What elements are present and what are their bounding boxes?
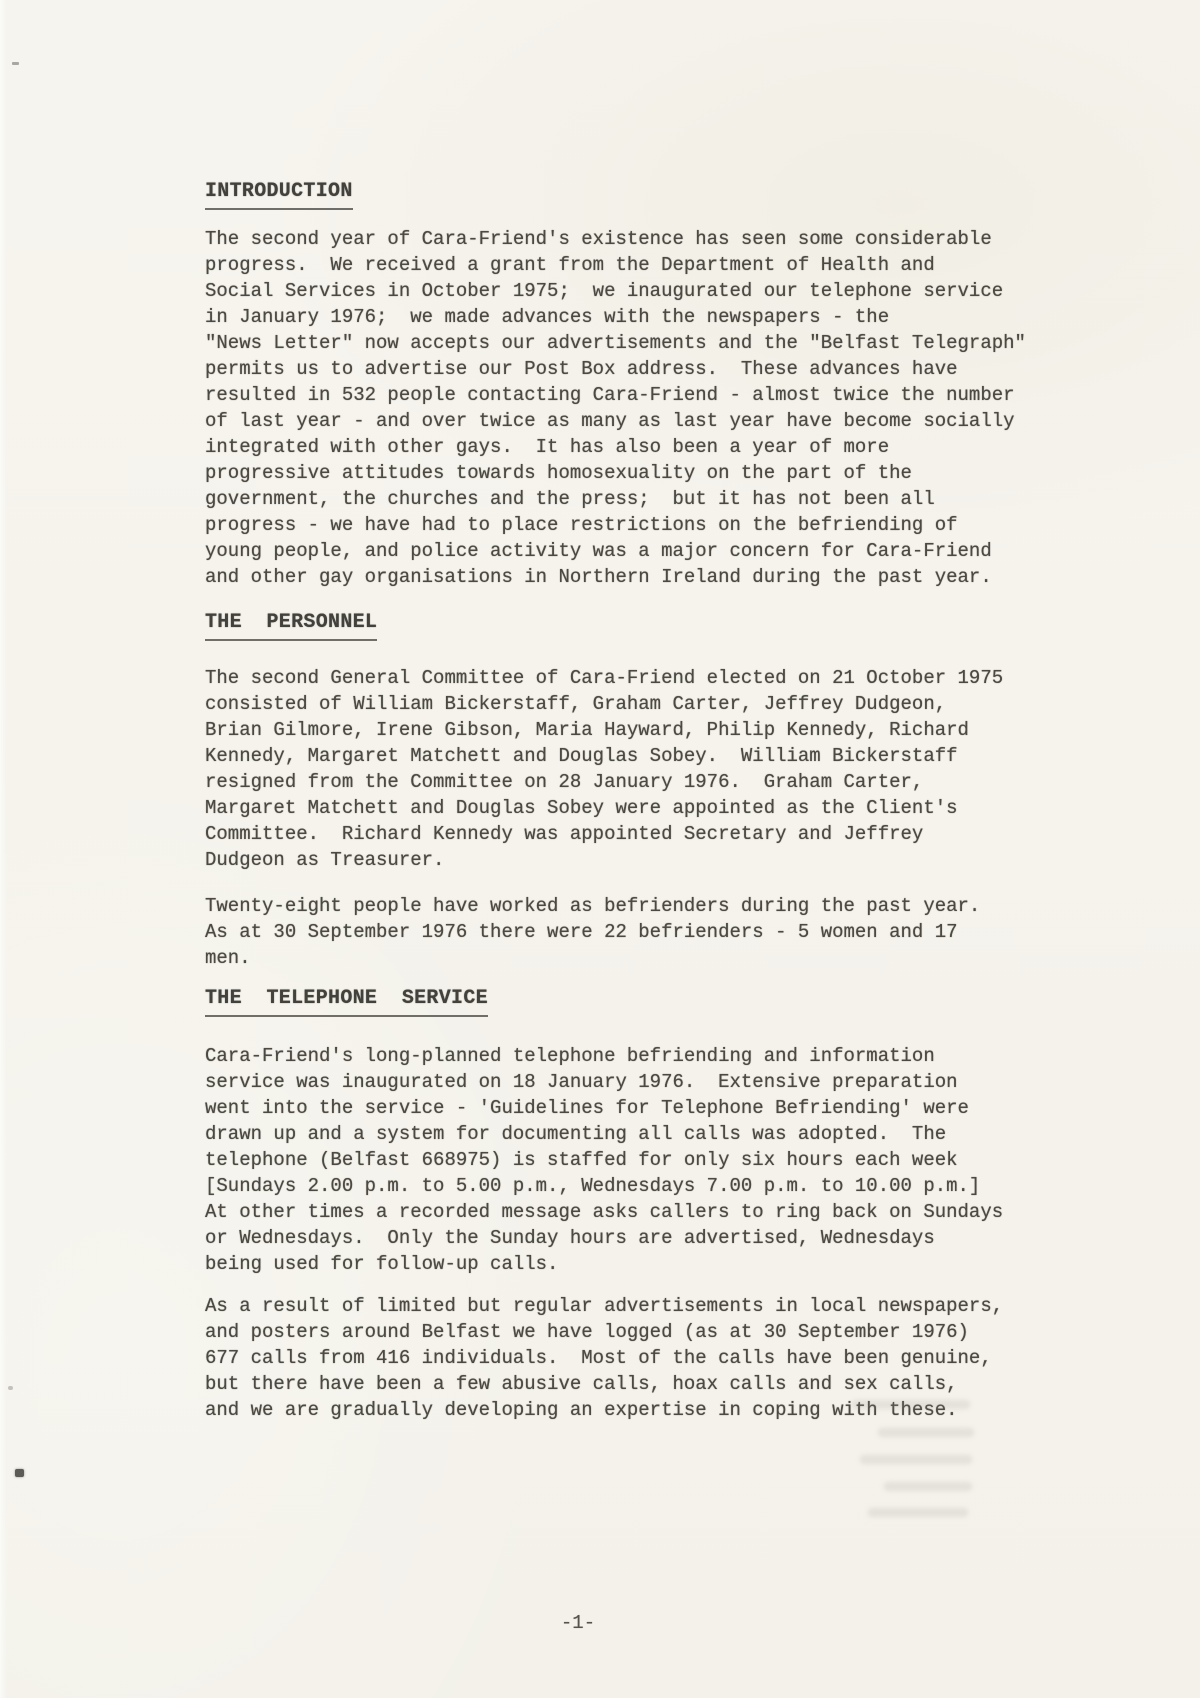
margin-mark [8,1386,13,1390]
bleed-through-mark [878,1428,974,1437]
personnel-paragraph-befrienders: Twenty-eight people have worked as befri… [205,893,1075,971]
bleed-through-mark [860,1455,972,1464]
section-heading-introduction: INTRODUCTION [205,180,353,210]
introduction-paragraph: The second year of Cara-Friend's existen… [205,226,1075,590]
bleed-through-mark [884,1482,972,1491]
section-heading-personnel: THE PERSONNEL [205,611,377,641]
bleed-through-mark [852,1400,970,1409]
section-heading-telephone-service: THE TELEPHONE SERVICE [205,987,488,1017]
margin-mark [12,62,19,65]
bleed-through-mark [868,1508,968,1517]
personnel-paragraph-committee: The second General Committee of Cara-Fri… [205,665,1075,873]
page-number: -1- [528,1612,628,1634]
telephone-service-paragraph-hours: Cara-Friend's long-planned telephone bef… [205,1043,1075,1277]
margin-mark [15,1469,24,1477]
scanned-document-page: INTRODUCTION The second year of Cara-Fri… [0,0,1200,1698]
